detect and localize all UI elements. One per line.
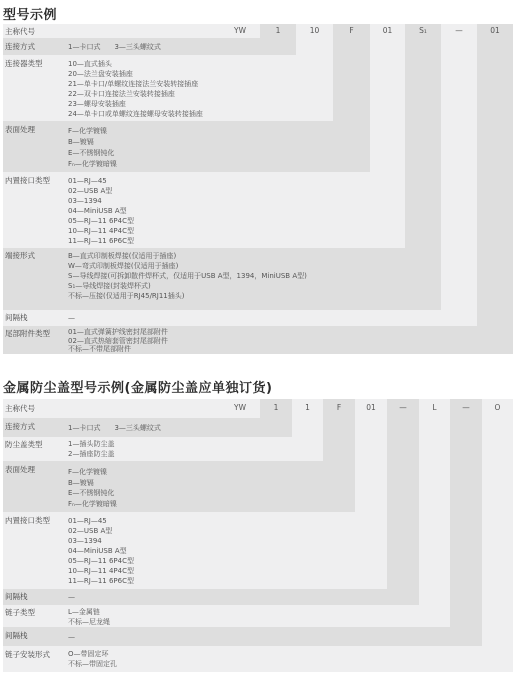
row2-label-spacer-1: 间隔栈 — [5, 591, 28, 602]
option: 不标—尼龙绳 — [68, 617, 110, 627]
code-connection: 1 — [260, 24, 296, 38]
option: 1—卡口式 3—三头螺纹式 — [68, 423, 161, 433]
option: 10—直式插头 — [68, 59, 203, 69]
row2-options-interface: 01—RJ—45 02—USB A型 03—1394 04—MiniUSB A型… — [68, 516, 134, 586]
option: 04—MiniUSB A型 — [68, 546, 134, 556]
row-options-interface: 01—RJ—45 02—USB A型 03—1394 04—MiniUSB A型… — [68, 176, 134, 246]
option: O—带固定环 — [68, 649, 117, 659]
option: — — [68, 632, 75, 642]
section2-title: 金属防尘盖型号示例(金属防尘盖应单独订货) — [3, 377, 272, 396]
row2-options-connection: 1—卡口式 3—三头螺纹式 — [68, 423, 161, 433]
option: 05—RJ—11 6P4C型 — [68, 216, 134, 226]
option: 不标—带固定孔 — [68, 659, 117, 669]
code2-spacer-1: — — [387, 401, 419, 415]
row2-label-cap-type: 防尘盖类型 — [5, 439, 43, 450]
row2-label-chain-mount: 链子安装形式 — [5, 649, 50, 660]
option: Fₙ—化学镀暗镍 — [68, 499, 117, 510]
option: 02—USB A型 — [68, 526, 134, 536]
option: 01—RJ—45 — [68, 516, 134, 526]
option: — — [68, 313, 75, 323]
code2-interface: 01 — [355, 401, 387, 415]
header-label-2: 主称代号 — [5, 403, 35, 414]
row-label-surface: 表面处理 — [5, 124, 35, 135]
code2-main: YW — [220, 401, 260, 415]
option: F—化学镀镍 — [68, 467, 117, 478]
row2-options-spacer-2: — — [68, 632, 75, 642]
option: 22—双卡口连接法兰安装转接插座 — [68, 89, 203, 99]
code2-cap-type: 1 — [292, 401, 323, 415]
option: 23—螺母安装插座 — [68, 99, 203, 109]
section1-title: 型号示例 — [3, 4, 57, 23]
code-tail: 01 — [477, 24, 513, 38]
option: B—镀镉 — [68, 478, 117, 489]
row-options-termination: B—直式印制板焊接(仅适用于插座) W—弯式印制板焊接(仅适用于插座) S—导线… — [68, 251, 307, 301]
option: L—金属链 — [68, 607, 110, 617]
option: B—直式印制板焊接(仅适用于插座) — [68, 251, 307, 261]
code2-chain-type: L — [419, 401, 450, 415]
row2-label-interface: 内置接口类型 — [5, 515, 50, 526]
option: W—弯式印制板焊接(仅适用于插座) — [68, 261, 307, 271]
option: 03—1394 — [68, 536, 134, 546]
row2-label-spacer-2: 间隔栈 — [5, 630, 28, 641]
row2-options-chain-mount: O—带固定环 不标—带固定孔 — [68, 649, 117, 669]
header-label: 主称代号 — [5, 26, 35, 37]
option: 02—USB A型 — [68, 186, 134, 196]
option: 05—RJ—11 6P4C型 — [68, 556, 134, 566]
row2-label-connection: 连接方式 — [5, 421, 35, 432]
option: 24—单卡口或单螺纹连接螺母安装转接插座 — [68, 109, 203, 119]
option: — — [68, 592, 75, 602]
code-termination: S₁ — [405, 24, 441, 38]
code-interface: 01 — [370, 24, 405, 38]
row2-options-cap-type: 1—插头防尘盖 2—插座防尘盖 — [68, 439, 114, 459]
row2-label-chain-type: 链子类型 — [5, 607, 35, 618]
option: 11—RJ—11 6P6C型 — [68, 576, 134, 586]
option: B—镀镉 — [68, 137, 117, 148]
option: 11—RJ—11 6P6C型 — [68, 236, 134, 246]
option: 01—直式弹簧护线密封尾部附件 — [68, 328, 168, 337]
row2-options-chain-type: L—金属链 不标—尼龙绳 — [68, 607, 110, 627]
option: 02—直式热缩套管密封尾部附件 — [68, 337, 168, 346]
row-label-tail: 尾部附件类型 — [5, 328, 50, 339]
option: 20—法兰盘安装插座 — [68, 69, 203, 79]
row-label-spacer: 间隔栈 — [5, 312, 28, 323]
row-options-tail: 01—直式弹簧护线密封尾部附件 02—直式热缩套管密封尾部附件 不标—不带尾部附… — [68, 328, 168, 354]
option: 10—RJ—11 4P4C型 — [68, 566, 134, 576]
row-label-termination: 端接形式 — [5, 250, 35, 261]
option: 1—插头防尘盖 — [68, 439, 114, 449]
row2-options-surface: F—化学镀镍 B—镀镉 E—不锈钢钝化 Fₙ—化学镀暗镍 — [68, 467, 117, 509]
code-main: YW — [220, 24, 260, 38]
code-spacer: — — [441, 24, 477, 38]
option: 2—插座防尘盖 — [68, 449, 114, 459]
option: F—化学镀镍 — [68, 126, 117, 137]
option: 10—RJ—11 4P4C型 — [68, 226, 134, 236]
option: Fₙ—化学镀暗镍 — [68, 159, 117, 170]
option: 03—1394 — [68, 196, 134, 206]
row2-options-spacer-1: — — [68, 592, 75, 602]
option: 01—RJ—45 — [68, 176, 134, 186]
row-label-connection: 连接方式 — [5, 41, 35, 52]
code2-connection: 1 — [260, 401, 292, 415]
code-connector-type: 10 — [296, 24, 333, 38]
code-surface: F — [333, 24, 370, 38]
option: S₁—导线焊接(封装焊杯式) — [68, 281, 307, 291]
code2-surface: F — [323, 401, 355, 415]
option: 21—单卡口/单螺纹连接法兰安装转接插座 — [68, 79, 203, 89]
option: 04—MiniUSB A型 — [68, 206, 134, 216]
option: 1—卡口式 3—三头螺纹式 — [68, 42, 161, 52]
option: 不标—压接(仅适用于RJ45/RJ11插头) — [68, 291, 307, 301]
code2-chain-mount: O — [482, 401, 513, 415]
option: S—导线焊接(可拆卸散件焊杯式，仅适用于USB A型，1394，MiniUSB … — [68, 271, 307, 281]
row-options-surface: F—化学镀镍 B—镀镉 E—不锈钢钝化 Fₙ—化学镀暗镍 — [68, 126, 117, 170]
row-options-connector-type: 10—直式插头 20—法兰盘安装插座 21—单卡口/单螺纹连接法兰安装转接插座 … — [68, 59, 203, 119]
row2-label-surface: 表面处理 — [5, 464, 35, 475]
option: 不标—不带尾部附件 — [68, 345, 168, 354]
option: E—不锈钢钝化 — [68, 488, 117, 499]
code2-spacer-2: — — [450, 401, 482, 415]
option: E—不锈钢钝化 — [68, 148, 117, 159]
row-label-connector-type: 连接器类型 — [5, 58, 43, 69]
row-options-spacer: — — [68, 313, 75, 323]
row-options-connection: 1—卡口式 3—三头螺纹式 — [68, 42, 161, 52]
row-label-interface: 内置接口类型 — [5, 175, 50, 186]
